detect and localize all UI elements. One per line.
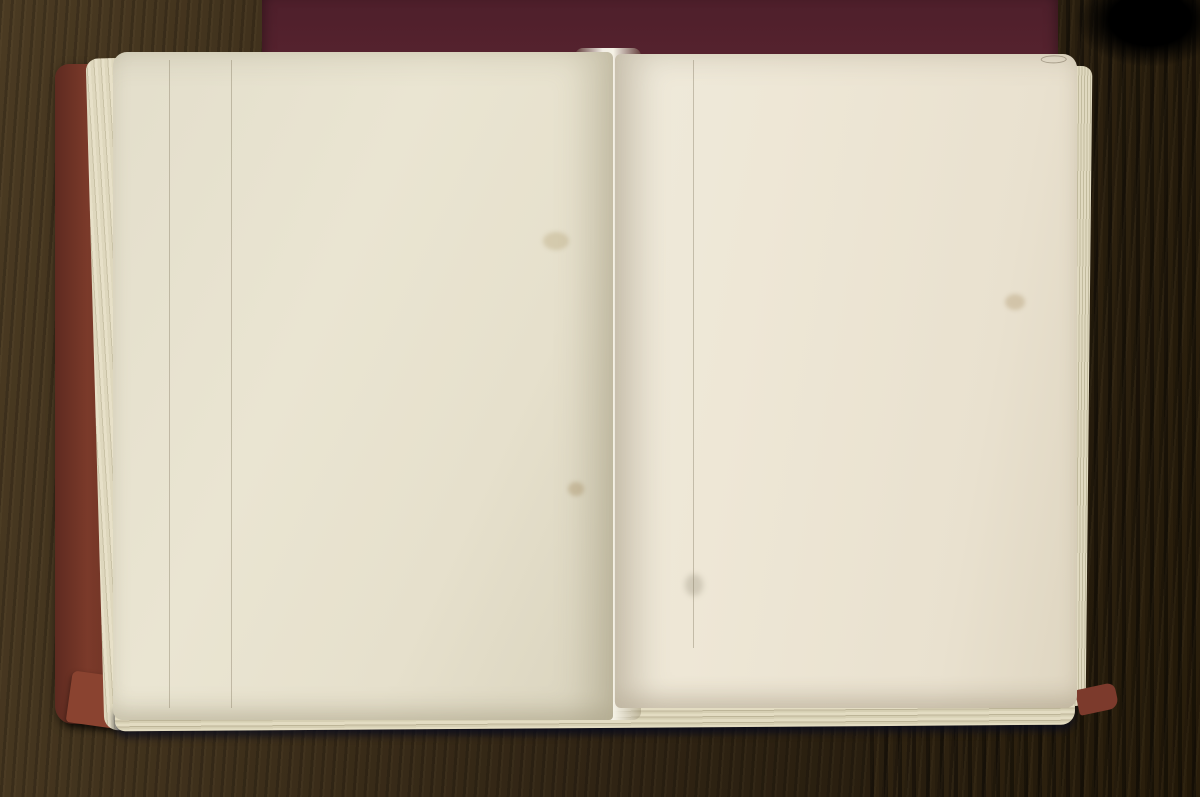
open-ledger-book	[55, 38, 1125, 738]
left-page-header	[126, 52, 602, 59]
right-entry-list	[629, 69, 1067, 74]
left-entry-list	[126, 52, 602, 65]
left-page-content	[113, 52, 613, 720]
right-page-header	[629, 55, 1067, 68]
page-number-right	[1041, 55, 1067, 63]
ledger-page-left	[113, 52, 613, 720]
right-page-content	[615, 54, 1077, 708]
photo-of-ledger-book	[0, 0, 1200, 797]
ledger-page-right	[615, 54, 1077, 708]
